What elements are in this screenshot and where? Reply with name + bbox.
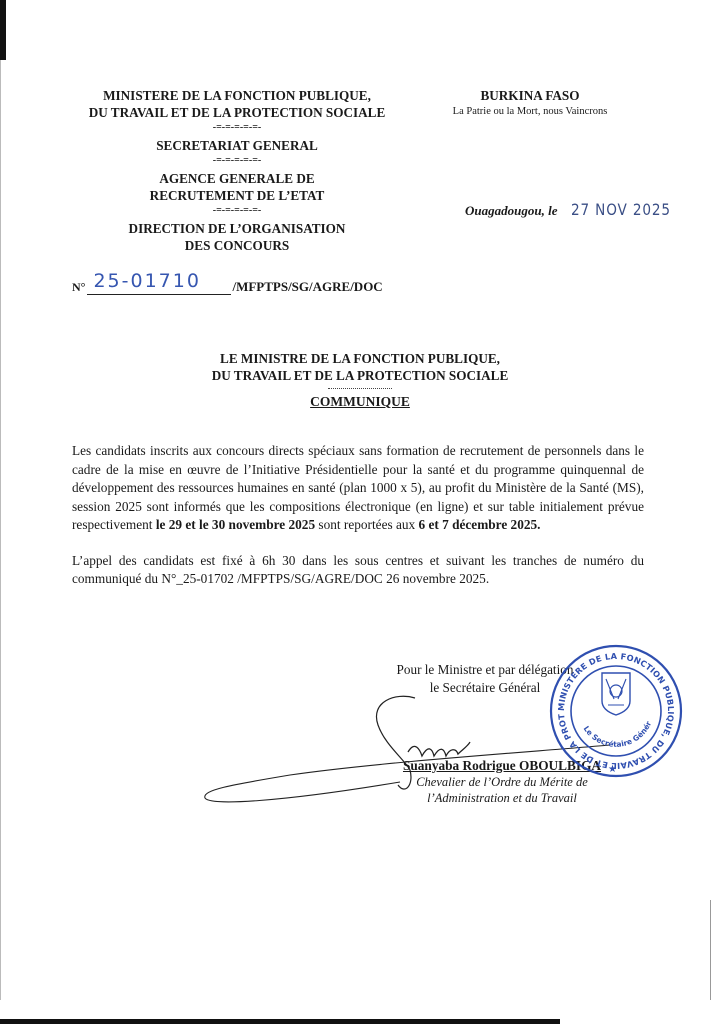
dotted-divider: [328, 388, 392, 389]
official-seal-stamp: MINISTERE DE LA FONCTION PUBLIQUE, DU TR…: [548, 643, 684, 779]
scan-edge-left-line: [0, 60, 1, 1000]
secretariat-name: SECRETARIAT GENERAL: [62, 137, 412, 154]
ministry-name-line2: DU TRAVAIL ET DE LA PROTECTION SOCIALE: [62, 104, 412, 121]
header-separator: -=-=-=-=-=-: [62, 122, 412, 134]
country-header: BURKINA FASO La Patrie ou la Mort, nous …: [432, 87, 628, 120]
original-dates: le 29 et le 30 novembre 2025: [156, 517, 315, 532]
reference-number: N° 25-01710 /MFPTPS/SG/AGRE/DOC: [72, 272, 383, 295]
paragraph-call-time: L’appel des candidats est fixé à 6h 30 d…: [72, 552, 644, 589]
ministry-header: MINISTERE DE LA FONCTION PUBLIQUE, DU TR…: [62, 87, 412, 254]
ministry-name-line1: MINISTERE DE LA FONCTION PUBLIQUE,: [62, 87, 412, 104]
reference-prefix: N°: [72, 280, 85, 295]
seal-star-icon: ★: [608, 764, 617, 775]
reference-suffix: /MFPTPS/SG/AGRE/DOC: [232, 279, 382, 295]
reference-number-stamp: 25-01710: [93, 270, 200, 292]
paragraph-text: sont reportées aux: [315, 517, 418, 532]
svg-text:MINISTERE DE LA FONCTION PUBLI: MINISTERE DE LA FONCTION PUBLIQUE, DU TR…: [548, 643, 676, 771]
date-stamp: 27 NOV 2025: [571, 200, 671, 219]
direction-name-line2: DES CONCOURS: [62, 237, 412, 254]
header-separator: -=-=-=-=-=-: [62, 155, 412, 167]
document-title: COMMUNIQUE: [180, 393, 540, 410]
new-dates: 6 et 7 décembre 2025.: [419, 517, 541, 532]
seal-outer-text: MINISTERE DE LA FONCTION PUBLIQUE, DU TR…: [548, 643, 676, 771]
minister-title-line2: DU TRAVAIL ET DE LA PROTECTION SOCIALE: [180, 367, 540, 384]
minister-title-line1: LE MINISTRE DE LA FONCTION PUBLIQUE,: [180, 350, 540, 367]
signer-honor-line2: l’Administration et du Travail: [382, 790, 622, 806]
direction-name-line1: DIRECTION DE L’ORGANISATION: [62, 220, 412, 237]
agency-name-line1: AGENCE GENERALE DE: [62, 170, 412, 187]
reference-number-field: 25-01710: [87, 272, 231, 295]
national-motto: La Patrie ou la Mort, nous Vaincrons: [432, 104, 628, 120]
paragraph-postponement: Les candidats inscrits aux concours dire…: [72, 442, 644, 535]
minister-heading: LE MINISTRE DE LA FONCTION PUBLIQUE, DU …: [180, 350, 540, 410]
communique-body: Les candidats inscrits aux concours dire…: [72, 442, 644, 606]
agency-name-line2: RECRUTEMENT DE L’ETAT: [62, 187, 412, 204]
date-line: Ouagadougou, le 27 NOV 2025: [465, 200, 689, 220]
country-name: BURKINA FASO: [432, 87, 628, 104]
scan-edge-bottom: [0, 1019, 560, 1024]
scan-edge-left: [0, 0, 6, 60]
header-separator: -=-=-=-=-=-: [62, 205, 412, 217]
date-place: Ouagadougou, le: [465, 203, 557, 218]
